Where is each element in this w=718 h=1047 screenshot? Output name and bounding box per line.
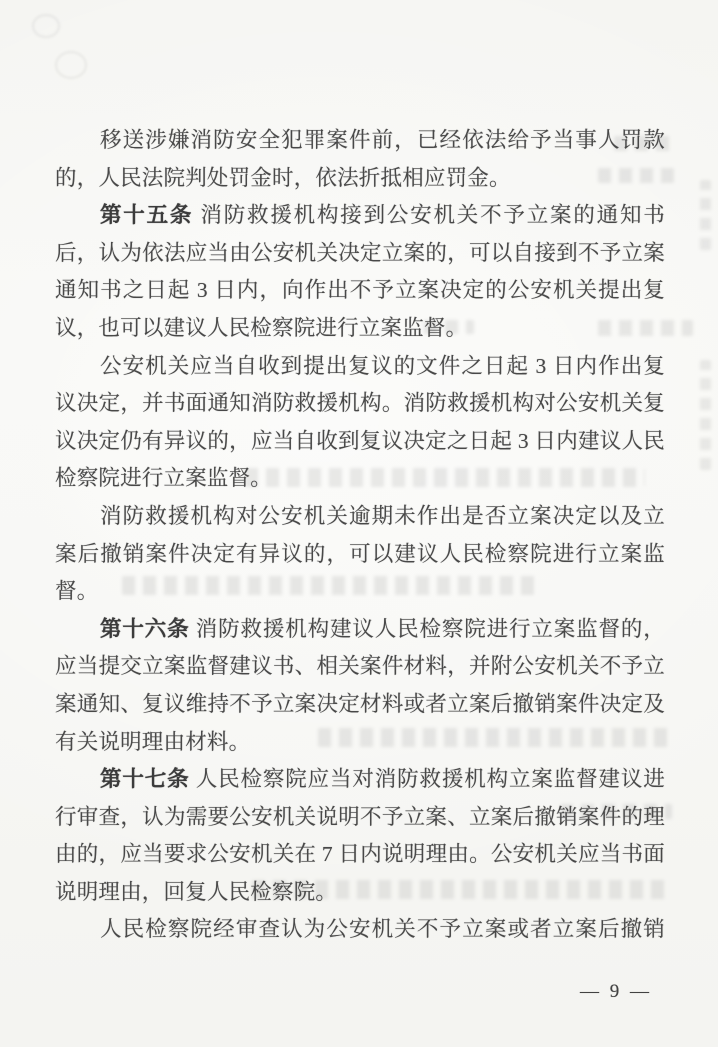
article-text: 人民检察院应当对消防救援机构立案监督建议进 — [196, 767, 665, 791]
bleed-through-artifact — [700, 360, 711, 470]
text-line: 应当提交立案监督建议书、相关案件材料，并附公安机关不予立 — [55, 648, 665, 686]
article-number: 第十五条 — [100, 203, 193, 227]
text-line: 检察院进行立案监督。 — [55, 460, 665, 498]
text-line: 行审查，认为需要公安机关说明不予立案、立案后撤销案件的理 — [55, 799, 665, 837]
text-line: 第十五条 消防救援机构接到公安机关不予立案的通知书 — [55, 197, 665, 235]
text-line: 由的，应当要求公安机关在 7 日内说明理由。公安机关应当书面 — [55, 836, 665, 874]
page-number: — 9 — — [580, 981, 652, 1003]
text-line: 消防救援机构对公安机关逾期未作出是否立案决定以及立 — [55, 498, 665, 536]
text-line: 后，认为依法应当由公安机关决定立案的，可以自接到不予立案 — [55, 235, 665, 273]
text-line: 移送涉嫌消防安全犯罪案件前，已经依法给予当事人罚款 — [55, 122, 665, 160]
text-line: 议决定，并书面通知消防救援机构。消防救援机构对公安机关复 — [55, 385, 665, 423]
text-line: 的，人民法院判处罚金时，依法折抵相应罚金。 — [55, 160, 665, 198]
text-line: 通知书之日起 3 日内，向作出不予立案决定的公安机关提出复 — [55, 272, 665, 310]
article-text: 消防救援机构接到公安机关不予立案的通知书 — [200, 203, 665, 227]
text-line: 督。 — [55, 573, 665, 611]
bleed-through-artifact — [700, 180, 711, 250]
text-line: 第十七条 人民检察院应当对消防救援机构立案监督建议进 — [55, 761, 665, 799]
document-body: 移送涉嫌消防安全犯罪案件前，已经依法给予当事人罚款的，人民法院判处罚金时，依法折… — [55, 122, 665, 949]
text-line: 人民检察院经审查认为公安机关不予立案或者立案后撤销 — [55, 911, 665, 949]
scanned-document-page: 移送涉嫌消防安全犯罪案件前，已经依法给予当事人罚款的，人民法院判处罚金时，依法折… — [0, 0, 718, 1047]
article-number: 第十七条 — [100, 767, 190, 791]
text-line: 公安机关应当自收到提出复议的文件之日起 3 日内作出复 — [55, 348, 665, 386]
paper-smudge — [32, 14, 60, 38]
text-line: 案后撤销案件决定有异议的，可以建议人民检察院进行立案监 — [55, 536, 665, 574]
article-text: 消防救援机构建议人民检察院进行立案监督的， — [196, 617, 665, 641]
text-line: 议决定仍有异议的，应当自收到复议决定之日起 3 日内建议人民 — [55, 423, 665, 461]
text-line: 说明理由，回复人民检察院。 — [55, 874, 665, 912]
text-line: 第十六条 消防救援机构建议人民检察院进行立案监督的， — [55, 611, 665, 649]
text-line: 议，也可以建议人民检察院进行立案监督。 — [55, 310, 665, 348]
article-number: 第十六条 — [100, 617, 190, 641]
text-line: 有关说明理由材料。 — [55, 724, 665, 762]
paper-smudge — [55, 51, 87, 79]
text-line: 案通知、复议维持不予立案决定材料或者立案后撤销案件决定及 — [55, 686, 665, 724]
